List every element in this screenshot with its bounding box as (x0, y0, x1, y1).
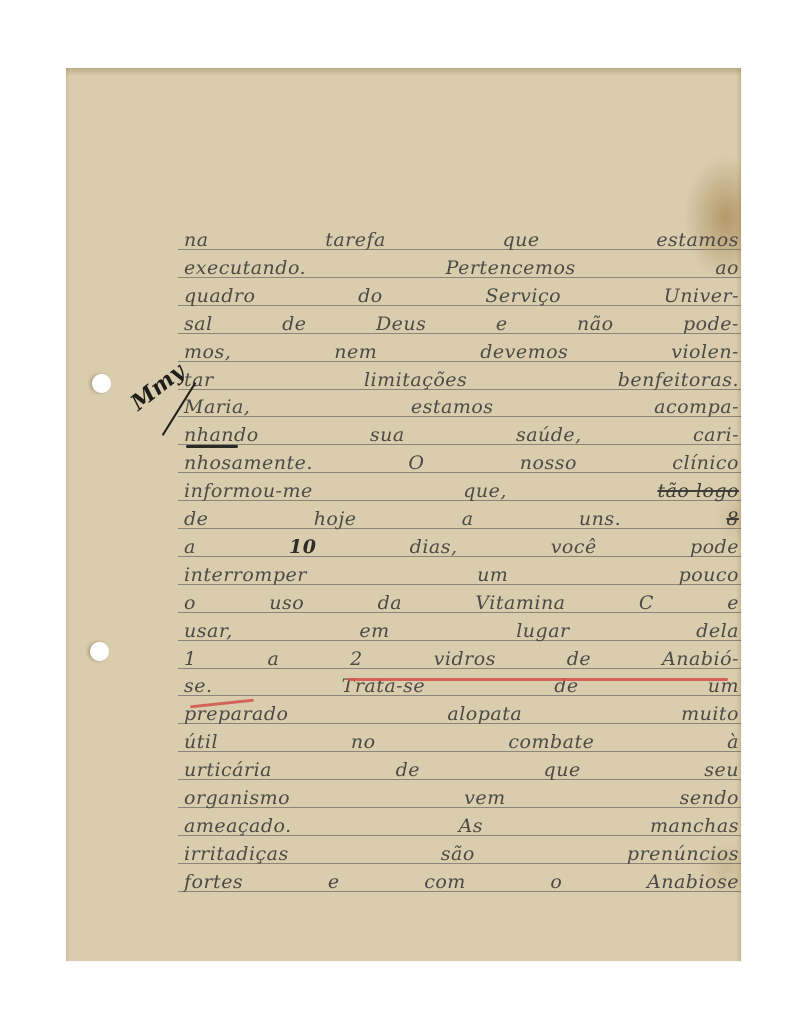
text-line: quadrodoServiçoUniver- (184, 281, 739, 307)
handwritten-word: lugar (516, 620, 569, 642)
handwritten-word: Anabiose (647, 871, 739, 893)
handwritten-word: limitações (364, 369, 467, 391)
text-line: nhosamente.Onossoclínico (184, 448, 739, 474)
handwritten-word: estamos (656, 229, 739, 251)
handwritten-word: informou-me (184, 480, 313, 502)
handwritten-word: em (359, 620, 389, 642)
handwritten-word: pode- (683, 313, 739, 335)
handwritten-word: manchas (650, 815, 739, 837)
text-line: saldeDeusenãopode- (184, 309, 739, 335)
handwritten-word: mos, (184, 341, 231, 363)
handwritten-word: hoje (314, 508, 357, 530)
handwritten-word: nhosamente. (184, 452, 313, 474)
red-pencil-underline-long (348, 678, 728, 681)
handwritten-word: de (282, 313, 306, 335)
handwritten-word: usar, (184, 620, 233, 642)
handwritten-word: devemos (480, 341, 568, 363)
punch-hole-top (92, 374, 111, 393)
handwritten-word: muito (681, 703, 739, 725)
handwritten-word: que, (463, 480, 507, 502)
handwritten-word: um (477, 564, 508, 586)
handwritten-word: dias, (410, 536, 458, 558)
text-line: Maria,estamosacompa- (184, 392, 739, 418)
handwritten-word: da (378, 592, 403, 614)
text-line: organismovemsendo (184, 783, 739, 809)
handwritten-word: As (459, 815, 483, 837)
handwritten-word: benfeitoras. (618, 369, 739, 391)
handwritten-word: no (351, 731, 376, 753)
handwritten-word: clínico (672, 452, 739, 474)
handwritten-word: a (267, 648, 279, 670)
handwritten-word: são (441, 843, 475, 865)
text-line: dehojeauns.8 (184, 504, 739, 530)
text-line: fortesecomoAnabiose (184, 867, 739, 893)
handwritten-word: 10 (289, 536, 316, 558)
handwritten-word: que (544, 759, 581, 781)
text-line: natarefaqueestamos (184, 225, 739, 251)
handwritten-word: 1 (184, 648, 197, 670)
handwritten-word: o (184, 592, 196, 614)
text-line: preparadoalopatamuito (184, 699, 739, 725)
handwritten-word: e (328, 871, 340, 893)
handwritten-word: saúde, (516, 424, 582, 446)
handwritten-word: à (727, 731, 739, 753)
handwritten-word: violen- (671, 341, 739, 363)
punch-hole-bottom (90, 642, 109, 661)
text-line: urticáriadequeseu (184, 755, 739, 781)
handwritten-word: Vitamina (475, 592, 565, 614)
handwritten-word: vidros (434, 648, 496, 670)
handwritten-word: nem (334, 341, 377, 363)
handwritten-word: pode (690, 536, 739, 558)
handwritten-word: a (184, 536, 196, 558)
handwritten-word: cari- (693, 424, 739, 446)
handwritten-word: tar (184, 369, 214, 391)
handwritten-word: Maria, (184, 396, 250, 418)
handwritten-word: alopata (447, 703, 522, 725)
handwritten-word: com (424, 871, 466, 893)
handwritten-word: e (496, 313, 508, 335)
handwritten-word: acompa- (654, 396, 739, 418)
text-line: executando.Pertencemosao (184, 253, 739, 279)
handwritten-word: uso (269, 592, 304, 614)
handwritten-word: de (184, 508, 208, 530)
text-line: interromperumpouco (184, 560, 739, 586)
name-underline (186, 445, 238, 448)
handwritten-word: Serviço (485, 285, 561, 307)
handwritten-word: pouco (679, 564, 739, 586)
handwritten-word: O (408, 452, 424, 474)
text-line: ameaçado.Asmanchas (184, 811, 739, 837)
handwritten-word: fortes (184, 871, 243, 893)
handwritten-word: que (503, 229, 540, 251)
handwritten-word: se. (184, 675, 213, 697)
handwritten-word: de (567, 648, 591, 670)
handwritten-word: combate (508, 731, 594, 753)
handwritten-word: seu (704, 759, 739, 781)
struck-out-text: tão logo (657, 480, 739, 502)
handwritten-word: 2 (350, 648, 363, 670)
handwritten-word: urticária (184, 759, 272, 781)
handwritten-word: não (577, 313, 614, 335)
handwritten-word: de (396, 759, 420, 781)
struck-out-text: 8 (726, 508, 739, 530)
text-line: informou-meque,tão logo (184, 476, 739, 502)
handwritten-word: prenúncios (627, 843, 739, 865)
text-line: a10dias,vocêpode (184, 532, 739, 558)
handwritten-word: Anabió- (662, 648, 739, 670)
handwritten-word: irritadiças (184, 843, 289, 865)
handwritten-word: vem (464, 787, 506, 809)
handwritten-word: você (551, 536, 597, 558)
handwritten-word: executando. (184, 257, 306, 279)
text-line: usar,emlugardela (184, 616, 739, 642)
letter-page: natarefaqueestamosexecutando.Pertencemos… (66, 68, 741, 961)
handwritten-word: interromper (184, 564, 307, 586)
handwritten-word: C (639, 592, 654, 614)
handwritten-word: a (462, 508, 474, 530)
handwritten-word: Univer- (664, 285, 739, 307)
handwritten-word: do (358, 285, 383, 307)
text-line: tarlimitaçõesbenfeitoras. (184, 365, 739, 391)
handwritten-word: dela (696, 620, 739, 642)
handwritten-word: estamos (411, 396, 494, 418)
text-line: se.Trata-sedeum (184, 671, 739, 697)
handwritten-word: Pertencemos (446, 257, 576, 279)
handwritten-word: ao (715, 257, 739, 279)
text-line: mos,nemdevemosviolen- (184, 337, 739, 363)
handwritten-word: sendo (680, 787, 739, 809)
handwritten-word: tarefa (325, 229, 386, 251)
handwritten-word: sua (370, 424, 405, 446)
handwritten-word: organismo (184, 787, 290, 809)
text-line: nhandosuasaúde,cari- (184, 420, 739, 446)
handwritten-word: uns. (579, 508, 621, 530)
handwritten-word: quadro (184, 285, 255, 307)
handwritten-word: sal (184, 313, 213, 335)
text-line: 1a2vidrosdeAnabió- (184, 644, 739, 670)
handwritten-word: e (727, 592, 739, 614)
handwritten-word: na (184, 229, 209, 251)
handwritten-word: nosso (520, 452, 577, 474)
handwritten-word: nhando (184, 424, 259, 446)
handwritten-word: útil (184, 731, 218, 753)
handwritten-word: o (550, 871, 562, 893)
text-line: útilnocombateà (184, 727, 739, 753)
text-line: irritadiçassãoprenúncios (184, 839, 739, 865)
handwritten-word: Deus (376, 313, 426, 335)
handwritten-word: ameaçado. (184, 815, 292, 837)
text-line: ousodaVitaminaCe (184, 588, 739, 614)
